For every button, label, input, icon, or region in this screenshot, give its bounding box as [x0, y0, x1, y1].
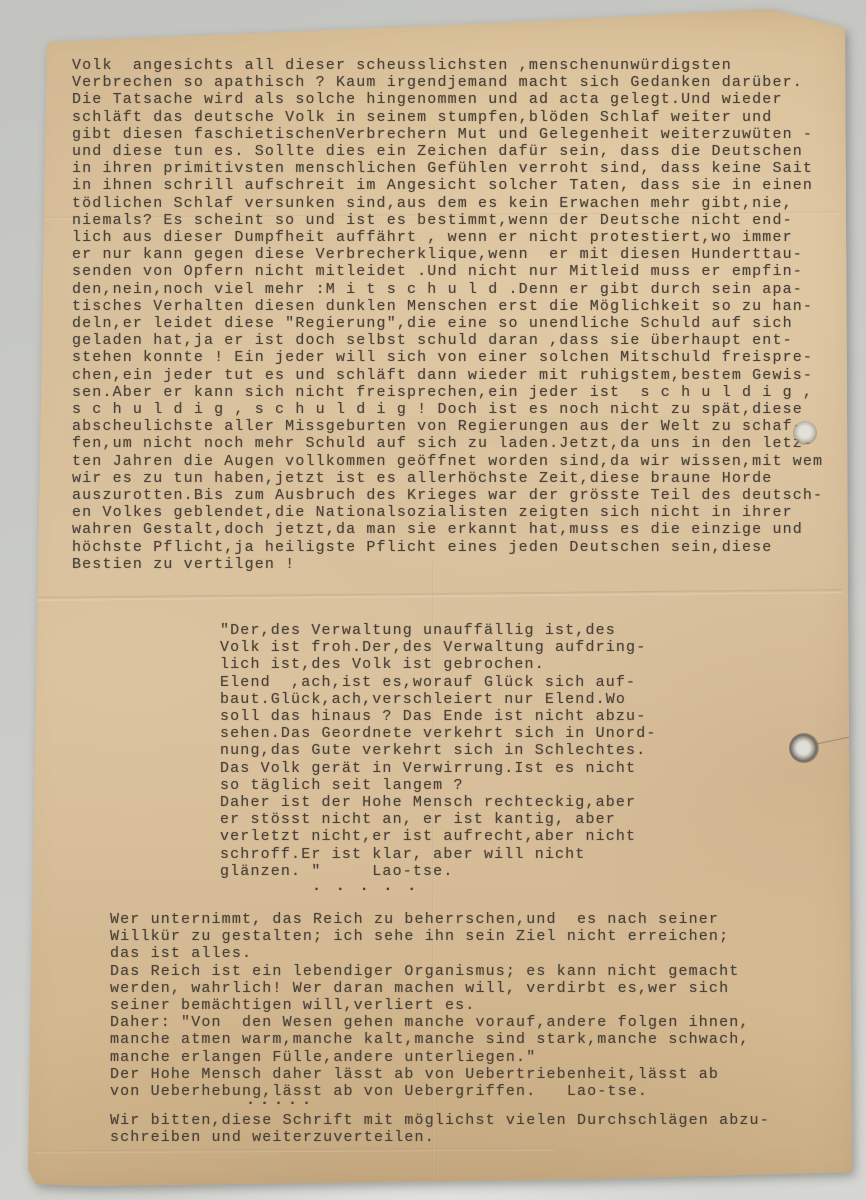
fold-crease-bottom [34, 1148, 554, 1154]
fold-crease-middle [34, 589, 842, 601]
typewritten-leaflet-page: Volk angesichts all dieser scheusslichst… [0, 0, 866, 1200]
main-paragraph: Volk angesichts all dieser scheusslichst… [72, 57, 823, 573]
photo-backdrop: Volk angesichts all dieser scheusslichst… [0, 0, 866, 1200]
separator-dots-1: . . . . . [312, 878, 419, 895]
paper-shadow: Volk angesichts all dieser scheusslichst… [0, 0, 866, 1200]
paper-scratch [816, 736, 849, 744]
closing-request: Wir bitten,diese Schrift mit möglichst v… [110, 1112, 770, 1146]
lao-tse-quote-block: "Der,des Verwaltung unauffällig ist,des … [220, 622, 657, 880]
punch-hole-bottom [789, 733, 819, 763]
separator-dots-2: . . . . . [246, 1092, 309, 1109]
punch-hole-top [793, 421, 817, 445]
second-lao-tse-section: Wer unternimmt, das Reich zu beherrschen… [110, 911, 750, 1100]
